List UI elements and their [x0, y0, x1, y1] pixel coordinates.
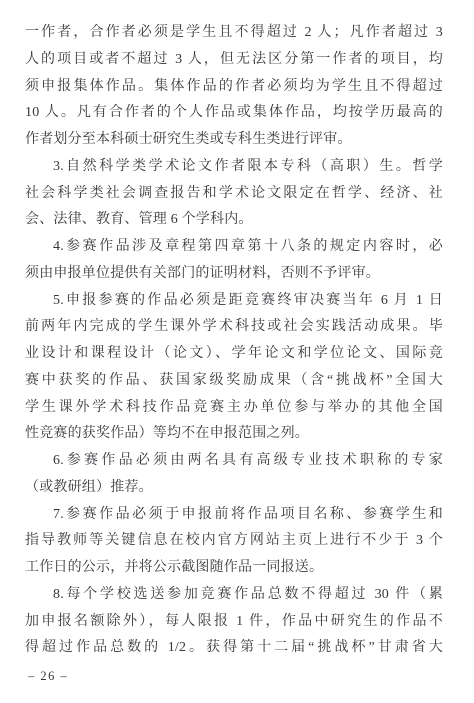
paragraph: 8.每个学校选送参加竞赛作品总数不得超过 30 件（累 加申报名额除外），每人限…: [25, 582, 443, 662]
text-line: 学生课外学术科技作品竞赛主办单位参与举办的其他全国: [25, 395, 443, 422]
text-line: 4.参赛作品涉及章程第四章第十八条的规定内容时，必: [25, 234, 443, 261]
text-line: （或教研组）推荐。: [25, 475, 443, 502]
text-line: 会、法律、教育、管理 6 个学科内。: [25, 207, 443, 234]
text-line: 须由申报单位提供有关部门的证明材料，否则不予评审。: [25, 261, 443, 288]
text-line: 5.申报参赛的作品必须是距竞赛终审决赛当年 6 月 1 日: [25, 288, 443, 315]
paragraph: 一作者，合作者必须是学生且不得超过 2 人；凡作者超过 3 人的项目或者不超过 …: [25, 20, 443, 154]
text-line: 得超过作品总数的 1/2。获得第十二届“挑战杯”甘肃省大: [25, 635, 443, 662]
paragraph: 6.参赛作品必须由两名具有高级专业技术职称的专家 （或教研组）推荐。: [25, 448, 443, 502]
text-line: 性竞赛的获奖作品）等均不在申报范围之列。: [25, 421, 443, 448]
text-line: 6.参赛作品必须由两名具有高级专业技术职称的专家: [25, 448, 443, 475]
text-line: 3.自然科学类学术论文作者限本专科（高职）生。哲学: [25, 154, 443, 181]
paragraph: 7.参赛作品必须于申报前将作品项目名称、参赛学生和 指导教师等关键信息在校内官方…: [25, 502, 443, 582]
text-line: 指导教师等关键信息在校内官方网站主页上进行不少于 3 个: [25, 528, 443, 555]
text-line: 10 人。凡有合作者的个人作品或集体作品，均按学历最高的: [25, 100, 443, 127]
paragraph: 4.参赛作品涉及章程第四章第十八条的规定内容时，必 须由申报单位提供有关部门的证…: [25, 234, 443, 288]
page-number: – 26 –: [28, 669, 443, 684]
text-line: 业设计和课程设计（论文）、学年论文和学位论文、国际竞: [25, 341, 443, 368]
text-line: 社会科学类社会调查报告和学术论文限定在哲学、经济、社: [25, 181, 443, 208]
paragraph: 3.自然科学类学术论文作者限本专科（高职）生。哲学 社会科学类社会调查报告和学术…: [25, 154, 443, 234]
text-line: 人的项目或者不超过 3 人，但无法区分第一作者的项目，均: [25, 47, 443, 74]
paragraph: 5.申报参赛的作品必须是距竞赛终审决赛当年 6 月 1 日 前两年内完成的学生课…: [25, 288, 443, 449]
text-line: 须申报集体作品。集体作品的作者必须均为学生且不得超过: [25, 74, 443, 101]
text-line: 工作日的公示，并将公示截图随作品一同报送。: [25, 555, 443, 582]
text-line: 赛中获奖的作品、获国家级奖励成果（含“挑战杯”全国大: [25, 368, 443, 395]
text-line: 7.参赛作品必须于申报前将作品项目名称、参赛学生和: [25, 502, 443, 529]
text-line: 8.每个学校选送参加竞赛作品总数不得超过 30 件（累: [25, 582, 443, 609]
document-page: 一作者，合作者必须是学生且不得超过 2 人；凡作者超过 3 人的项目或者不超过 …: [0, 0, 474, 703]
text-line: 一作者，合作者必须是学生且不得超过 2 人；凡作者超过 3: [25, 20, 443, 47]
text-line: 前两年内完成的学生课外学术科技或社会实践活动成果。毕: [25, 314, 443, 341]
text-line: 作者划分至本科硕士研究生类或专科生类进行评审。: [25, 127, 443, 154]
text-line: 加申报名额除外），每人限报 1 件，作品中研究生的作品不: [25, 609, 443, 636]
